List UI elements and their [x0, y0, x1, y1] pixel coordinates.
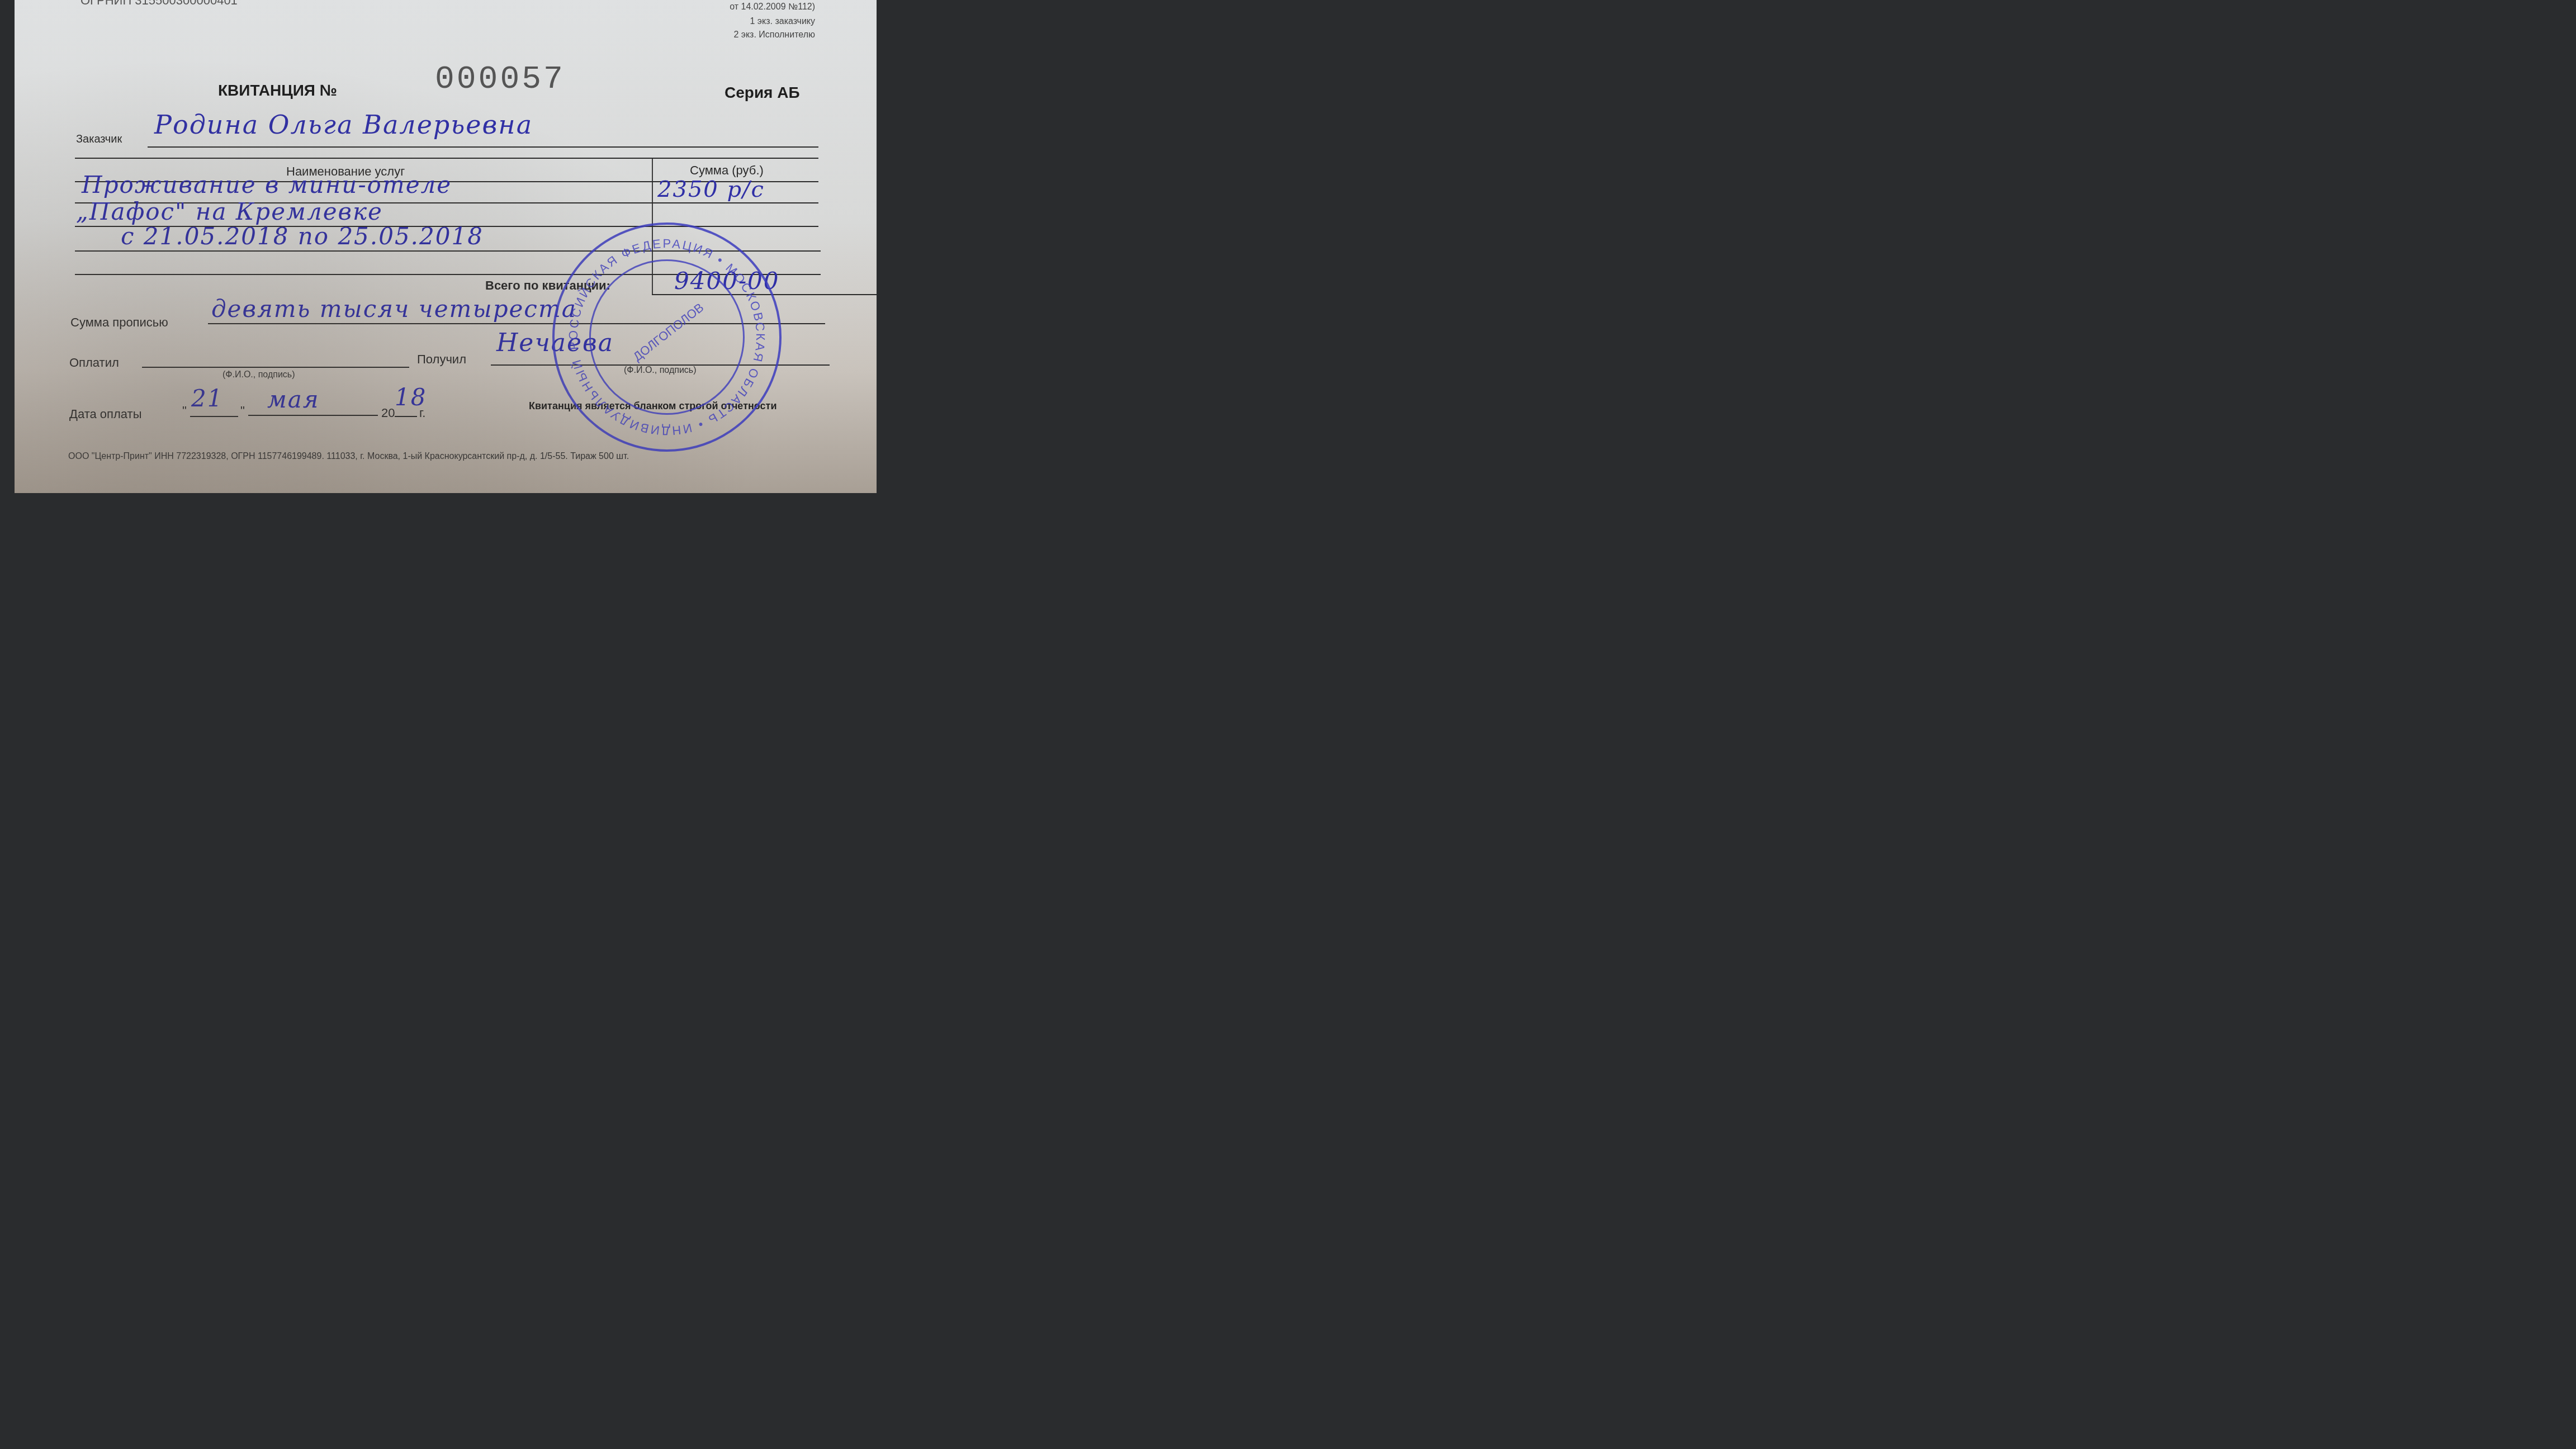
year-underline [395, 416, 417, 417]
service-sum: 2350 р/с [657, 177, 765, 202]
year-prefix: 20 [381, 406, 395, 420]
sum-header: Сумма (руб.) [690, 163, 764, 178]
received-label: Получил [417, 352, 466, 367]
approval-line-1: от 14.02.2009 №112) [730, 2, 815, 12]
round-seal-stamp: РОССИЙСКАЯ ФЕДЕРАЦИЯ • МОСКОВСКАЯ ОБЛАСТ… [537, 207, 796, 466]
receipt-title: КВИТАНЦИЯ № [218, 82, 337, 100]
service-line-1: Проживание в мини-отеле [82, 171, 452, 198]
paid-hint: (Ф.И.О., подпись) [222, 370, 295, 380]
date-close-quote: " [240, 404, 245, 418]
receipt-number: 000057 [435, 61, 565, 98]
service-line-3: с 21.05.2018 по 25.05.2018 [121, 222, 484, 250]
year-unit: г. [419, 406, 425, 420]
amount-words-value: девять тысяч четыреста [211, 295, 577, 323]
month-underline [248, 415, 378, 416]
approval-line-3: 2 экз. Исполнителю [733, 30, 815, 40]
paid-label: Оплатил [69, 356, 119, 370]
payment-day: 21 [191, 385, 223, 412]
customer-underline [148, 146, 818, 148]
printer-footer: ООО "Центр-Принт" ИНН 7722319328, ОГРН 1… [68, 452, 629, 462]
service-line-2: „Пафос" на Кремлевке [76, 198, 383, 225]
ogrn-header: ОГРНИП 315500300000401 [80, 0, 238, 8]
payment-month: мая [267, 386, 320, 413]
amount-words-label: Сумма прописью [70, 315, 168, 330]
payment-date-label: Дата оплаты [69, 407, 141, 422]
receipt-series: Серия АБ [724, 84, 800, 102]
table-top-line [75, 158, 818, 159]
date-open-quote: " [182, 404, 187, 418]
receipt-paper: ОГРНИП 315500300000401 от 14.02.2009 №11… [15, 0, 877, 493]
paid-underline [142, 367, 409, 368]
customer-label: Заказчик [76, 133, 122, 146]
customer-value: Родина Ольга Валерьевна [154, 110, 533, 140]
approval-line-2: 1 экз. заказчику [750, 17, 815, 27]
day-underline [190, 416, 238, 417]
